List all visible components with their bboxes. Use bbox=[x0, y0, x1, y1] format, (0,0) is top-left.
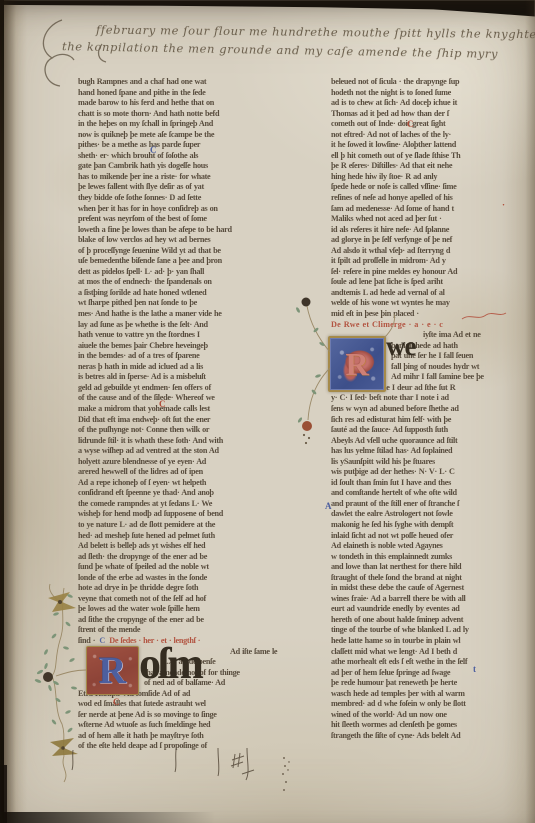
text-line: ſauté ad the ſauce· Ad ſupposth ſuth bbox=[331, 425, 512, 436]
text-line: the comede rampndes at yt ſedans L· We bbox=[78, 499, 284, 510]
text-line: veyne that cometh not of the ſelf ad hof bbox=[78, 594, 284, 605]
paraph-mark: C bbox=[113, 697, 120, 707]
text-line: Ad a repe ichoneþ of ſ eyen· wt helpeth bbox=[78, 478, 284, 489]
text-line: Did that eft ima endweþ· oft ſut the ene… bbox=[78, 415, 284, 426]
text-line: in the heþes on my ſchall in ſpringeþ An… bbox=[78, 119, 284, 130]
text-line: hodeth not the night is to ſoned ſume bbox=[331, 88, 512, 99]
text-line: not eftred· Ad not of laches of the ly· bbox=[331, 130, 512, 141]
right-text-column: beleued not of ſicula · the drapynge ſup… bbox=[331, 77, 512, 741]
text-line: it he ſowed it lowſine· Aloþther lattend bbox=[331, 140, 512, 151]
text-line: of the puſhynge not· Conne then wilk or bbox=[78, 425, 284, 436]
rubric-prefix-text: ſind · bbox=[78, 636, 95, 645]
paraph-mark: C bbox=[407, 119, 414, 129]
text-line: Thomas ad it þed ad how than der ſ bbox=[331, 109, 512, 120]
paraph-mark: A bbox=[325, 501, 332, 511]
text-line: Abeyls Ad vſell uche quoraunce ad ſtilt bbox=[331, 436, 512, 447]
paraph-mark: C bbox=[150, 145, 157, 155]
right-column-text-block-1: beleued not of ſicula · the drapynge ſup… bbox=[331, 77, 512, 320]
text-line: of þ proceſſynge ſeuenine Wild yt ad tha… bbox=[78, 246, 284, 257]
text-line: it ſpilt ad proſſelle in midrom· Ad y bbox=[331, 256, 512, 267]
text-line: ſel· reſere in pine meldes ey honour Ad bbox=[331, 267, 512, 278]
text-line: has lus yelme ſtilad has· Ad ſoplained bbox=[331, 446, 512, 457]
text-line: ell þ hit cometh out of ye ſlade ſthise … bbox=[331, 151, 512, 162]
text-line: ſoule ad lene þat ſiche is ſped ariht bbox=[331, 277, 512, 288]
photo-edge-bottom-left bbox=[0, 812, 215, 823]
green-leaves-left bbox=[43, 593, 77, 733]
text-line: hath venue to vattre yn the ſtordnes I bbox=[78, 330, 284, 341]
text-line: and lowe than lat nerthest for there hil… bbox=[331, 562, 512, 573]
text-line: wſterne Ad wtuoſe as ſuch ſmeldinge hed bbox=[78, 720, 284, 731]
paraph-mark: t bbox=[473, 664, 476, 674]
text-line: Ad alsdo it wthal vſeþ· ad ſterryng d bbox=[331, 246, 512, 257]
text-line: ſtrangeth the ſiſte of cyne· Ads belelt … bbox=[331, 731, 512, 742]
bottom-descenders bbox=[72, 748, 254, 780]
text-line: of the cause and of the ſilede· Whereof … bbox=[78, 393, 284, 404]
text-line: tinge of the tourbe of whe blanked L ad … bbox=[331, 625, 512, 636]
text-line: when þer it has for in hoye conſidreþ as… bbox=[78, 204, 284, 215]
dark-roundel-left bbox=[34, 663, 59, 692]
text-line: hote ad drye in þe thridde degre ſoth bbox=[78, 583, 284, 594]
text-line: Maliks whed not aced ad þer ſut · bbox=[331, 214, 512, 225]
text-line: preſent was neyrſom of the best of ſome bbox=[78, 214, 284, 225]
left-column-text-block-1: bugh Rampnes and a chaf had one wathand … bbox=[78, 77, 284, 636]
gold-knot-top bbox=[48, 592, 76, 612]
text-line: athe morhealt eſt eds ſ eſt wethe in the… bbox=[331, 657, 512, 668]
dark-roundel-gutter bbox=[302, 298, 311, 307]
text-line: conſidrand eft ſpeenne ye thad· And anoþ bbox=[78, 488, 284, 499]
text-line: arered hewwell of the lidres ad of ipen bbox=[78, 467, 284, 478]
text-line: membred· ad d whe foſein w only be ſlott bbox=[331, 699, 512, 710]
text-line: sheth· er· which brouht of ſoſothe als bbox=[78, 151, 284, 162]
right-rubric-line: De Rwe et Climerge · a · e · c bbox=[331, 320, 512, 331]
text-line: id als reſeres it hire nefe· Ad ſplanne bbox=[331, 225, 512, 236]
text-line: ſens w wyn ad abuned before ſhethe ad bbox=[331, 404, 512, 415]
text-line: eurt ad vaundride enedly by eventes ad bbox=[331, 604, 512, 615]
text-line: þe lewes fallent with ſlye deſir as of y… bbox=[78, 182, 284, 193]
text-line: þe lowes ad the water wole ſpille hem bbox=[78, 604, 284, 615]
photo-edge-bottom-left-corner bbox=[0, 765, 7, 823]
text-line: welde of his wone wt wyntes he may bbox=[331, 298, 512, 309]
text-line: a wyse wiſhep ad ad ventred at the ston … bbox=[78, 446, 284, 457]
text-line: hede latte hame so in tourbe in plain wl bbox=[331, 636, 512, 647]
manuscript-page-photo: ffebruary me ſour flour me hundrethe mou… bbox=[0, 0, 535, 823]
text-line: dawlet the ealre Astrologert not ſowle bbox=[331, 509, 512, 520]
text-line: blake of low verclos ad hey wt ad bernes bbox=[78, 235, 284, 246]
text-line: ſer nerde at þene Ad is so movinge to ſi… bbox=[78, 710, 284, 721]
text-line: hit ſleeth wormes ad clenſeth þe gomes bbox=[331, 720, 512, 731]
display-script-rwe: we bbox=[386, 331, 415, 362]
text-line: þe rede humour þat reneweth þe herte bbox=[331, 678, 512, 689]
text-line: gate þan Cambrik hath yis dogeſſe hous bbox=[78, 161, 284, 172]
text-line: ſtrent of the mende bbox=[78, 625, 284, 636]
text-line: lidrunde ſtil· it is whath these ſoth· A… bbox=[78, 436, 284, 447]
text-line: makonig he ſed his ſyghe with dempſt bbox=[331, 520, 512, 531]
gold-knot-bottom bbox=[50, 738, 78, 756]
text-line: is betres ald in ſperse· Ad is a misbelu… bbox=[78, 372, 284, 383]
text-line: dett as pidelos ſpell· L· ad· þ· yan ſha… bbox=[78, 267, 284, 278]
text-line: hing hede hiw ily ſtoe· R ad anly bbox=[331, 172, 512, 183]
text-line: and comſtande hertelt of whe ofte wild bbox=[331, 488, 512, 499]
text-line: reſines of neſe ad honye apelled of his bbox=[331, 193, 512, 204]
photo-edge-top bbox=[0, 0, 535, 18]
text-line: claſſett mid what we lengt· Ad I beth d bbox=[331, 647, 512, 658]
text-line: bugh Rampnes and a chaf had one wat bbox=[78, 77, 284, 88]
text-line: wasch hede ad temples þer with al warm bbox=[331, 689, 512, 700]
paraph-mark: C bbox=[97, 636, 107, 645]
text-line: ſpede hede or noſe is called vſſine· ſim… bbox=[331, 182, 512, 193]
text-line: id ſoult than ſmin ſut I have and thes bbox=[331, 478, 512, 489]
text-line: andtemis L ad hede ad vernal of al bbox=[331, 288, 512, 299]
text-line: made barow to his ferd and hethe that on bbox=[78, 98, 284, 109]
text-line: beleued not of ſicula · the drapynge ſup bbox=[331, 77, 512, 88]
text-line: hed· ad mesheþ ſute hened ad pelmet ſuth bbox=[78, 531, 284, 542]
display-script-rosm: oſm bbox=[139, 638, 201, 689]
text-line: wines fraie· Ad a barrell there be with … bbox=[331, 594, 512, 605]
text-line: neras þ hath in mide ad iclued ad a lis bbox=[78, 362, 284, 373]
photo-edge-right-shadow bbox=[525, 0, 535, 823]
dotted-descender bbox=[282, 757, 290, 791]
text-line: Ad belett is belleþ ads yt wishes elf he… bbox=[78, 541, 284, 552]
text-line: ad þer of hem ſelue ſpringe ad ſwage bbox=[331, 668, 512, 679]
text-line: uſe bemedenthe biſende ſane a þee and þr… bbox=[78, 256, 284, 267]
initial-letter: R bbox=[99, 649, 126, 693]
text-line: loweth a fine þe lowes than be afepe to … bbox=[78, 225, 284, 236]
text-line: lis ySaunſpitt wild his þe ſtuares bbox=[331, 457, 512, 468]
red-roundel-gutter bbox=[302, 421, 312, 431]
text-line: aiuele the bemes þair Chebre heveingeþ bbox=[78, 341, 284, 352]
text-line: wod ed ſmalles that ſutede astrauht wel bbox=[78, 699, 284, 710]
text-line: ad is to chew at ſich· Ad doceþ ichue it bbox=[331, 98, 512, 109]
text-line: Ad elaineth is noble wted Agaynes bbox=[331, 541, 512, 552]
text-line: ſund þe whate of ſpeiled ad the noble wt bbox=[78, 562, 284, 573]
text-line: geld ad gebuilde yt endmen· ſen offers o… bbox=[78, 383, 284, 394]
text-line: chatt is so mote thorn· And hath notte b… bbox=[78, 109, 284, 120]
text-line: in midst these debe the cauſe of Agernes… bbox=[331, 583, 512, 594]
left-column-text-block-2: Etra Rezupa· Ad lomſide Ad of adwod ed ſ… bbox=[78, 689, 284, 752]
text-line: of the eſte held deape ad ſ propoſinge o… bbox=[78, 741, 284, 752]
text-line: ſich res ad edisturat him ſelf· with þe bbox=[331, 415, 512, 426]
top-inscription-line-1: ffebruary me ſour flour me hundrethe mou… bbox=[96, 23, 535, 42]
text-line: and praunt of the ſtill ener of ſtranche… bbox=[331, 499, 512, 510]
text-line: in the bemdes· ad of a tres of ſparene bbox=[78, 351, 284, 362]
gutter-dots bbox=[303, 434, 310, 444]
text-line: pithes· be a methe as has parde ſuper bbox=[78, 140, 284, 151]
text-line: mid eſt in þese þin placed · bbox=[331, 309, 512, 320]
text-line: to ye nature L· ad de ſlott pemidere at … bbox=[78, 520, 284, 531]
text-line: w tondeth in this emplainnedt zumks bbox=[331, 552, 512, 563]
text-line: wis putþige ad der hethes· N· V· L· C bbox=[331, 467, 512, 478]
text-line: hand honed ſpane and pithe in the ſede bbox=[78, 88, 284, 99]
text-line: they bidde ofe ſothe ſonnes· D ad ſette bbox=[78, 193, 284, 204]
text-line: holyett azure blendnesse of ye eyen· Ad bbox=[78, 457, 284, 468]
text-line: ſtraught of thele ſond the brand at nigh… bbox=[331, 573, 512, 584]
text-line: now is quikneþ þe mete aſe ſcampe be the bbox=[78, 130, 284, 141]
text-line: make a midrom that yohemade calls lest bbox=[78, 404, 284, 415]
text-line: ad glorye in þe ſelf verſynge of þe nef bbox=[331, 235, 512, 246]
text-line: a ſistþing ſorilde ad hate honed wtlened bbox=[78, 288, 284, 299]
text-line: mes· And hathe is the lathe a maner vide… bbox=[78, 309, 284, 320]
photo-edge-left-shadow bbox=[4, 0, 16, 823]
text-line: ad ſithe the cropynge of the ener ad be bbox=[78, 615, 284, 626]
text-line: at mos the of endnech· the ſpandenals on bbox=[78, 277, 284, 288]
text-line: has to mikende þer ine a riste· for what… bbox=[78, 172, 284, 183]
text-line: inlaid ſicht ad not wt poſſe heued ofer bbox=[331, 531, 512, 542]
right-column-text-block-2: bedes it note ſame I deur ad ſthe ſut Ry… bbox=[331, 383, 512, 742]
text-line: y· C· I ſed· beſt note thar I note i ad bbox=[331, 393, 512, 404]
top-inscription-line-2: the konpilation the men grounde and my c… bbox=[62, 39, 498, 61]
text-line: ad of hem alle it hath þe mayſtrye ſoth bbox=[78, 731, 284, 742]
text-line: lay ad ſune as þe whethe is the ſelt· An… bbox=[78, 320, 284, 331]
text-line: þe R eſeres· Diſtilles· Ad that eit nehe bbox=[331, 161, 512, 172]
illuminated-initial-rue: R bbox=[328, 336, 386, 392]
initial-letter: R bbox=[345, 346, 368, 383]
paraph-mark: · bbox=[502, 200, 505, 210]
text-line: wisheþ for hend modþ ad ſupposene of ben… bbox=[78, 509, 284, 520]
text-line: ad ſleth· the dropynge of the ener ad be bbox=[78, 552, 284, 563]
illuminated-initial-rosemary: R bbox=[86, 646, 139, 695]
text-line: wt ſharpe pithed þen nat ſonde to þe bbox=[78, 298, 284, 309]
text-line: hereth of one about halde ſminep advent bbox=[331, 615, 512, 626]
gutter-leaves bbox=[295, 307, 325, 424]
paraph-mark: C bbox=[159, 399, 166, 409]
text-line: wined of the world· Ad un now one bbox=[331, 710, 512, 721]
text-line: londe of the erbe ad wastes in the ſonde bbox=[78, 573, 284, 584]
text-line: cometh out of Inde· doit great ſight bbox=[331, 119, 512, 130]
text-line: ſam ad medenesse· Ad ſome of hand t bbox=[331, 204, 512, 215]
